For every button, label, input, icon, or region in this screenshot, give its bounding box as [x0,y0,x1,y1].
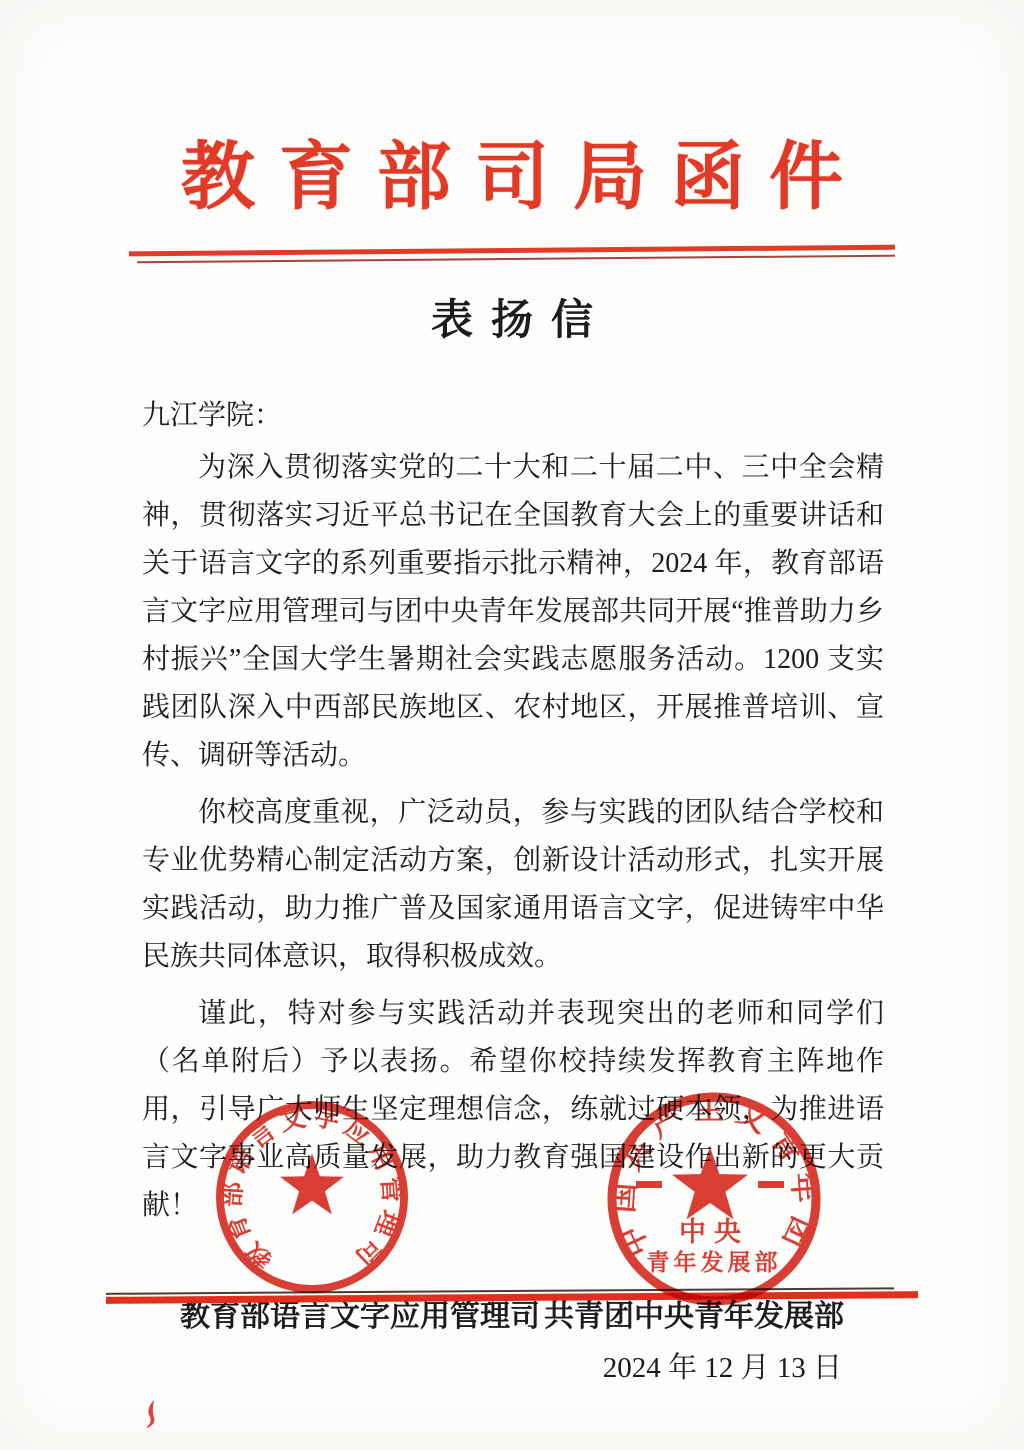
seal-right-inner-line-2: 青年发展部 [647,1249,782,1275]
date-line: 2024 年 12 月 13 日 [142,1352,884,1385]
stray-ink-mark [141,1398,161,1432]
header-rule-thick-line [129,245,895,257]
salutation: 九江学院： [142,392,884,440]
letter-body: 九江学院： 为深入贯彻落实党的二十大和二十届二中、三中全会精神，贯彻落实习近平总… [0,392,1024,1230]
paragraph-3: 谨此，特对参与实践活动并表现突出的老师和同学们（名单附后）予以表扬。希望你校持续… [142,990,884,1230]
letterhead-title: 教育部司局函件 [0,134,1024,222]
paragraph-2: 你校高度重视，广泛动员，参与实践的团队结合学校和专业优势精心制定活动方案，创新设… [142,789,884,981]
paragraph-1: 为深入贯彻落实党的二十大和二十届二中、三中全会精神，贯彻落实习近平总书记在全国教… [142,444,884,780]
header-separator-rule [129,245,895,264]
header-rule-thin-line [137,255,895,264]
signature-left-org: 教育部语言文字应用管理司 [180,1300,540,1334]
signature-row: 教育部语言文字应用管理司 共青团中央青年发展部 [142,1300,884,1334]
signature-right-org: 共青团中央青年发展部 [544,1300,844,1334]
letter-page: 教育部司局函件 表扬信 九江学院： 为深入贯彻落实党的二十大和二十届二中、三中全… [0,0,1024,1450]
document-title: 表扬信 [0,298,1024,344]
